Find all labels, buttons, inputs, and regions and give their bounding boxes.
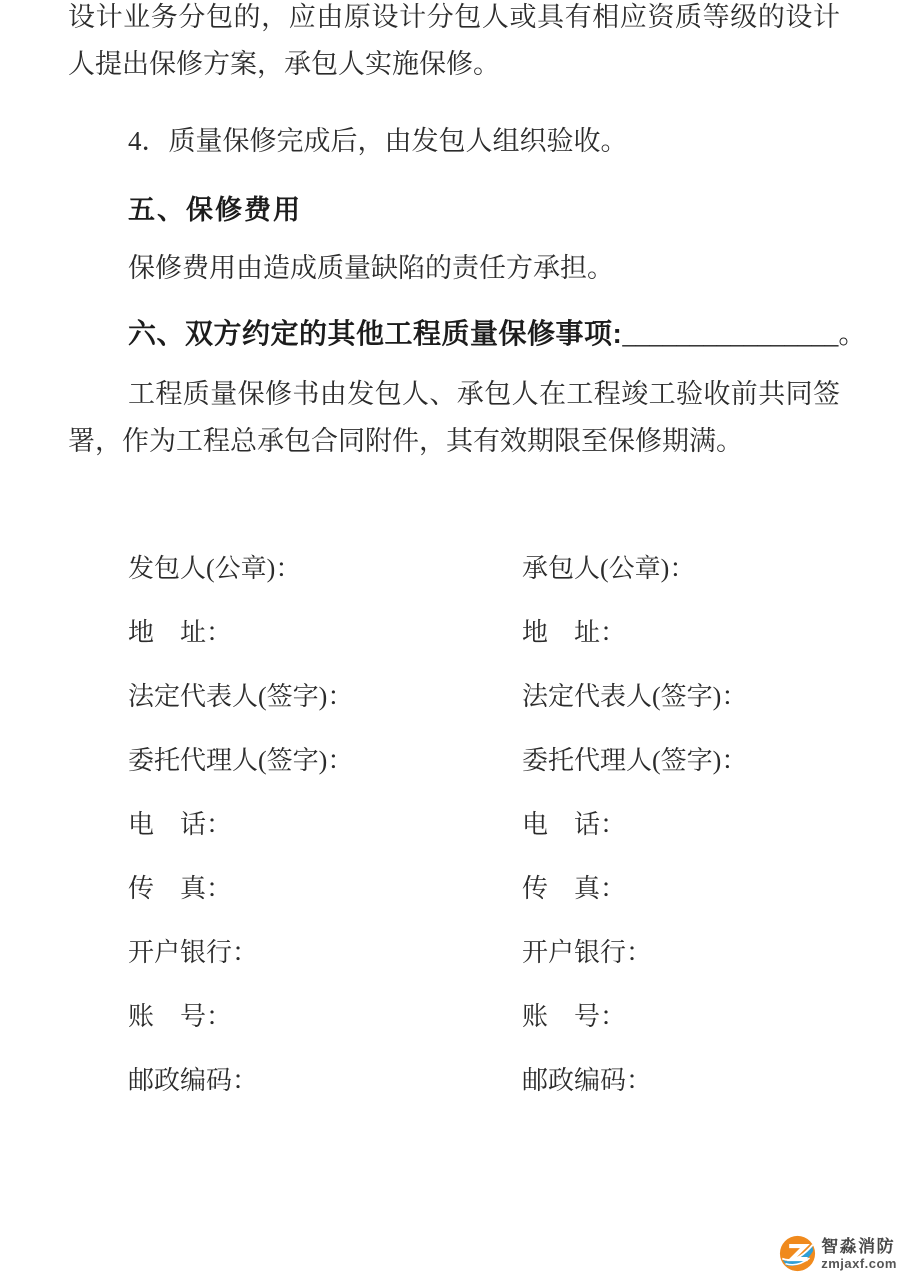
section-six-period: 。: [838, 319, 867, 350]
label-contractor-account: 账 号：: [522, 1000, 626, 1034]
label-employer-fax: 传 真：: [128, 872, 522, 906]
section-five-heading: 五、保修费用: [128, 188, 302, 227]
label-employer-address: 地 址：: [128, 616, 522, 650]
paragraph-item-4: 4．质量保修完成后，由发包人组织验收。: [128, 121, 628, 161]
signature-block: 发包人(公章)： 承包人(公章)： 地 址： 地 址： 法定代表人(签字)： 法…: [128, 552, 840, 1128]
paragraph-warranty-cost: 保修费用由造成质量缺陷的责任方承担。: [128, 248, 614, 288]
label-contractor-legal-rep: 法定代表人(签字)：: [522, 680, 747, 714]
signature-row: 开户银行： 开户银行：: [128, 936, 840, 1000]
section-six-label: 六、双方约定的其他工程质量保修事项:: [128, 318, 622, 349]
document-page: 设计业务分包的，应由原设计分包人或具有相应资质等级的设计人提出保修方案，承包人实…: [0, 0, 899, 1274]
signature-row: 发包人(公章)： 承包人(公章)：: [128, 552, 840, 616]
signature-row: 传 真： 传 真：: [128, 872, 840, 936]
watermark-brand: 智淼消防: [821, 1238, 897, 1255]
label-contractor-bank: 开户银行：: [522, 936, 652, 970]
signature-row: 地 址： 地 址：: [128, 616, 840, 680]
label-employer-legal-rep: 法定代表人(签字)：: [128, 680, 522, 714]
label-contractor-agent: 委托代理人(签字)：: [522, 744, 747, 778]
label-contractor-seal: 承包人(公章)：: [522, 552, 695, 586]
paragraph-closing: 工程质量保修书由发包人、承包人在工程竣工验收前共同签署，作为工程总承包合同附件，…: [68, 371, 840, 465]
signature-row: 委托代理人(签字)： 委托代理人(签字)：: [128, 744, 840, 808]
label-employer-seal: 发包人(公章)：: [128, 552, 522, 586]
label-employer-phone: 电 话：: [128, 808, 522, 842]
watermark-text: 智淼消防 zmjaxf.com: [821, 1238, 897, 1270]
label-contractor-phone: 电 话：: [522, 808, 626, 842]
label-employer-postcode: 邮政编码：: [128, 1064, 522, 1098]
watermark-domain: zmjaxf.com: [821, 1257, 897, 1270]
signature-row: 法定代表人(签字)： 法定代表人(签字)：: [128, 680, 840, 744]
section-six-heading: 六、双方约定的其他工程质量保修事项:________________。: [128, 312, 867, 352]
label-employer-agent: 委托代理人(签字)：: [128, 744, 522, 778]
label-employer-account: 账 号：: [128, 1000, 522, 1034]
label-contractor-fax: 传 真：: [522, 872, 626, 906]
label-employer-bank: 开户银行：: [128, 936, 522, 970]
signature-row: 电 话： 电 话：: [128, 808, 840, 872]
label-contractor-postcode: 邮政编码：: [522, 1064, 652, 1098]
zhimiao-fire-logo-icon: [779, 1235, 816, 1272]
signature-row: 账 号： 账 号：: [128, 1000, 840, 1064]
signature-row: 邮政编码： 邮政编码：: [128, 1064, 840, 1128]
watermark: 智淼消防 zmjaxf.com: [779, 1235, 897, 1272]
blank-line: ________________: [622, 319, 838, 349]
label-contractor-address: 地 址：: [522, 616, 626, 650]
paragraph-design-subcontract: 设计业务分包的，应由原设计分包人或具有相应资质等级的设计人提出保修方案，承包人实…: [68, 0, 840, 88]
